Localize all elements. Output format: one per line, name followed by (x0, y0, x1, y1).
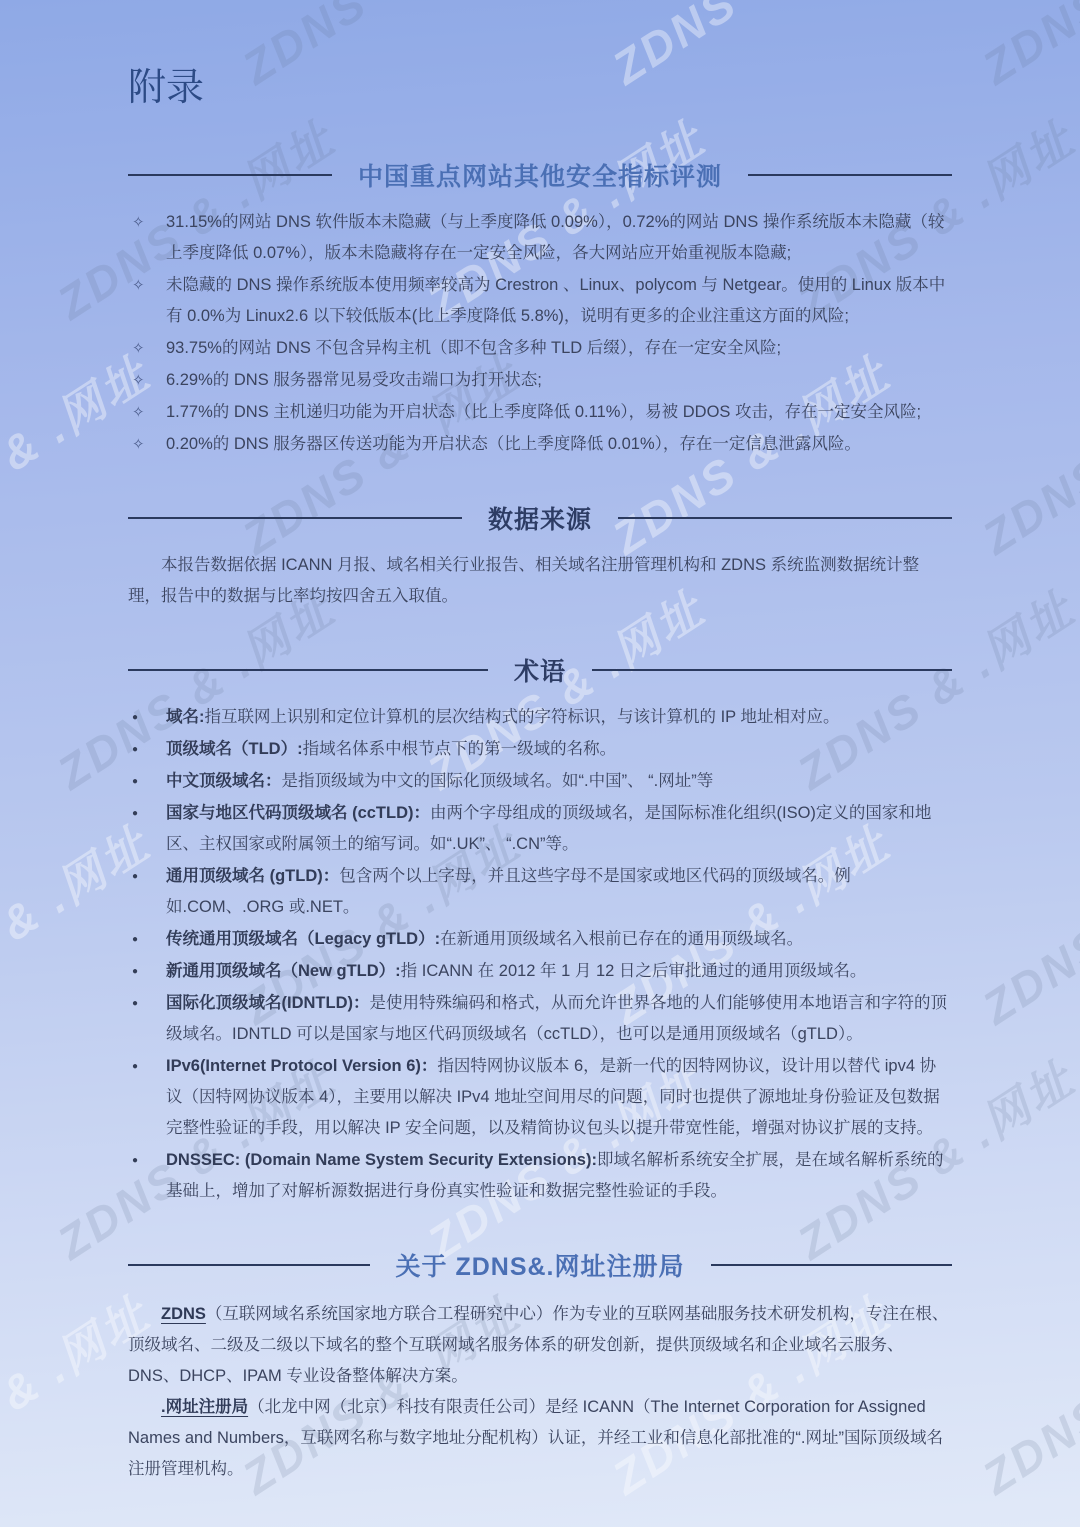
list-item: ✧ 6.29%的 DNS 服务器常见易受攻击端口为打开状态; (128, 365, 952, 396)
term-item: ● 通用顶级域名 (gTLD)：包含两个以上字母，并且这些字母不是国家或地区代码… (128, 861, 952, 923)
term-definition: 指互联网上识别和定位计算机的层次结构式的字符标识，与该计算机的 IP 地址相对应… (205, 708, 840, 726)
list-item-text: 1.77%的 DNS 主机递归功能为开启状态（比上季度降低 0.11%），易被 … (166, 397, 952, 428)
term-definition: 在新通用顶级域名入根前已存在的通用顶级域名。 (440, 930, 803, 948)
term-name: 新通用顶级域名（New gTLD）: (166, 962, 401, 980)
about-registry-text: （北龙中网（北京）科技有限责任公司）是经 ICANN（The Internet … (128, 1398, 943, 1478)
section-heading-about: 关于 ZDNS&.网址注册局 (128, 1247, 952, 1283)
term-item: ● 顶级域名（TLD）:指域名体系中根节点下的第一级域的名称。 (128, 734, 952, 765)
heading-rule-right (748, 174, 952, 176)
term-text: 通用顶级域名 (gTLD)：包含两个以上字母，并且这些字母不是国家或地区代码的顶… (166, 861, 952, 923)
about-registry-paragraph: .网址注册局（北龙中网（北京）科技有限责任公司）是经 ICANN（The Int… (128, 1392, 952, 1485)
term-definition: 指 ICANN 在 2012 年 1 月 12 日之后审批通过的通用顶级域名。 (401, 962, 867, 980)
diamond-bullet-icon: ✧ (128, 207, 166, 238)
heading-rule-left (128, 517, 462, 519)
section-title-security: 中国重点网站其他安全指标评测 (358, 157, 722, 193)
term-name: 传统通用顶级域名（Legacy gTLD）: (166, 930, 440, 948)
list-item-text: 未隐藏的 DNS 操作系统版本使用频率较高为 Crestron 、Linux、p… (166, 270, 952, 332)
section-title-terms: 术语 (514, 652, 566, 688)
about-paragraphs: ZDNS（互联网域名系统国家地方联合工程研究中心）作为专业的互联网基础服务技术研… (128, 1299, 952, 1485)
heading-rule-left (128, 669, 488, 671)
section-title-about: 关于 ZDNS&.网址注册局 (396, 1247, 685, 1283)
term-name: 域名: (166, 708, 205, 726)
term-text: 国家与地区代码顶级域名 (ccTLD)：由两个字母组成的顶级域名，是国际标准化组… (166, 798, 952, 860)
dot-bullet-icon: ● (128, 702, 166, 733)
heading-rule-left (128, 174, 332, 176)
term-item: ● 传统通用顶级域名（Legacy gTLD）:在新通用顶级域名入根前已存在的通… (128, 924, 952, 955)
term-text: 顶级域名（TLD）:指域名体系中根节点下的第一级域的名称。 (166, 734, 952, 765)
term-name: IPv6(Internet Protocol Version 6)： (166, 1057, 437, 1075)
heading-rule-right (618, 517, 952, 519)
diamond-bullet-icon: ✧ (128, 365, 166, 396)
term-name: 顶级域名（TLD）: (166, 740, 303, 758)
diamond-bullet-icon: ✧ (128, 333, 166, 364)
term-name: 中文顶级域名： (166, 772, 282, 790)
list-item: ✧ 0.20%的 DNS 服务器区传送功能为开启状态（比上季度降低 0.01%）… (128, 429, 952, 460)
section-heading-terms: 术语 (128, 652, 952, 688)
term-item: ● IPv6(Internet Protocol Version 6)：指因特网… (128, 1051, 952, 1144)
data-source-paragraph: 本报告数据依据 ICANN 月报、域名相关行业报告、相关域名注册管理机构和 ZD… (128, 550, 952, 612)
term-item: ● DNSSEC: (Domain Name System Security E… (128, 1145, 952, 1207)
report-appendix-page: ZDNS & .网址ZDNS & .网址ZDNS & .网址ZDNS & .网址… (0, 0, 1080, 1527)
section-heading-security: 中国重点网站其他安全指标评测 (128, 157, 952, 193)
heading-rule-left (128, 1264, 370, 1266)
term-item: ● 中文顶级域名：是指顶级域为中文的国际化顶级域名。如“.中国”、 “.网址”等 (128, 766, 952, 797)
dot-bullet-icon: ● (128, 1051, 166, 1082)
term-text: 新通用顶级域名（New gTLD）:指 ICANN 在 2012 年 1 月 1… (166, 956, 952, 987)
diamond-bullet-icon: ✧ (128, 429, 166, 460)
term-item: ● 国际化顶级域名(IDNTLD)：是使用特殊编码和格式，从而允许世界各地的人们… (128, 988, 952, 1050)
term-name: 国家与地区代码顶级域名 (ccTLD)： (166, 804, 430, 822)
page-content: 附录 中国重点网站其他安全指标评测 ✧ 31.15%的网站 DNS 软件版本未隐… (0, 0, 1080, 1485)
term-text: 中文顶级域名：是指顶级域为中文的国际化顶级域名。如“.中国”、 “.网址”等 (166, 766, 952, 797)
about-zdns-paragraph: ZDNS（互联网域名系统国家地方联合工程研究中心）作为专业的互联网基础服务技术研… (128, 1299, 952, 1392)
about-zdns-text: （互联网域名系统国家地方联合工程研究中心）作为专业的互联网基础服务技术研发机构，… (128, 1305, 948, 1385)
term-text: 域名:指互联网上识别和定位计算机的层次结构式的字符标识，与该计算机的 IP 地址… (166, 702, 952, 733)
list-item-text: 6.29%的 DNS 服务器常见易受攻击端口为打开状态; (166, 365, 952, 396)
term-item: ● 域名:指互联网上识别和定位计算机的层次结构式的字符标识，与该计算机的 IP … (128, 702, 952, 733)
term-definition: 是指顶级域为中文的国际化顶级域名。如“.中国”、 “.网址”等 (282, 772, 714, 790)
list-item-text: 93.75%的网站 DNS 不包含异构主机（即不包含多种 TLD 后缀），存在一… (166, 333, 952, 364)
term-text: DNSSEC: (Domain Name System Security Ext… (166, 1145, 952, 1207)
list-item: ✧ 93.75%的网站 DNS 不包含异构主机（即不包含多种 TLD 后缀），存… (128, 333, 952, 364)
dot-bullet-icon: ● (128, 798, 166, 829)
zdns-lead: ZDNS (161, 1305, 206, 1323)
section-title-data-source: 数据来源 (488, 500, 592, 536)
dot-bullet-icon: ● (128, 861, 166, 892)
dot-bullet-icon: ● (128, 1145, 166, 1176)
term-item: ● 新通用顶级域名（New gTLD）:指 ICANN 在 2012 年 1 月… (128, 956, 952, 987)
list-item-text: 31.15%的网站 DNS 软件版本未隐藏（与上季度降低 0.09%），0.72… (166, 207, 952, 269)
security-metrics-list: ✧ 31.15%的网站 DNS 软件版本未隐藏（与上季度降低 0.09%），0.… (128, 207, 952, 460)
dot-bullet-icon: ● (128, 988, 166, 1019)
term-name: DNSSEC: (Domain Name System Security Ext… (166, 1151, 597, 1169)
dot-bullet-icon: ● (128, 734, 166, 765)
page-title: 附录 (128, 0, 952, 111)
registry-lead: .网址注册局 (161, 1398, 248, 1416)
term-text: 传统通用顶级域名（Legacy gTLD）:在新通用顶级域名入根前已存在的通用顶… (166, 924, 952, 955)
term-definition: 指域名体系中根节点下的第一级域的名称。 (303, 740, 617, 758)
list-item-text: 0.20%的 DNS 服务器区传送功能为开启状态（比上季度降低 0.01%），存… (166, 429, 952, 460)
term-item: ● 国家与地区代码顶级域名 (ccTLD)：由两个字母组成的顶级域名，是国际标准… (128, 798, 952, 860)
heading-rule-right (711, 1264, 953, 1266)
list-item: ✧ 未隐藏的 DNS 操作系统版本使用频率较高为 Crestron 、Linux… (128, 270, 952, 332)
list-item: ✧ 1.77%的 DNS 主机递归功能为开启状态（比上季度降低 0.11%），易… (128, 397, 952, 428)
term-name: 通用顶级域名 (gTLD)： (166, 867, 339, 885)
section-heading-data-source: 数据来源 (128, 500, 952, 536)
term-text: IPv6(Internet Protocol Version 6)：指因特网协议… (166, 1051, 952, 1144)
diamond-bullet-icon: ✧ (128, 397, 166, 428)
terms-list: ● 域名:指互联网上识别和定位计算机的层次结构式的字符标识，与该计算机的 IP … (128, 702, 952, 1207)
term-text: 国际化顶级域名(IDNTLD)：是使用特殊编码和格式，从而允许世界各地的人们能够… (166, 988, 952, 1050)
dot-bullet-icon: ● (128, 924, 166, 955)
diamond-bullet-icon: ✧ (128, 270, 166, 301)
list-item: ✧ 31.15%的网站 DNS 软件版本未隐藏（与上季度降低 0.09%），0.… (128, 207, 952, 269)
dot-bullet-icon: ● (128, 766, 166, 797)
term-name: 国际化顶级域名(IDNTLD)： (166, 994, 369, 1012)
heading-rule-right (592, 669, 952, 671)
dot-bullet-icon: ● (128, 956, 166, 987)
